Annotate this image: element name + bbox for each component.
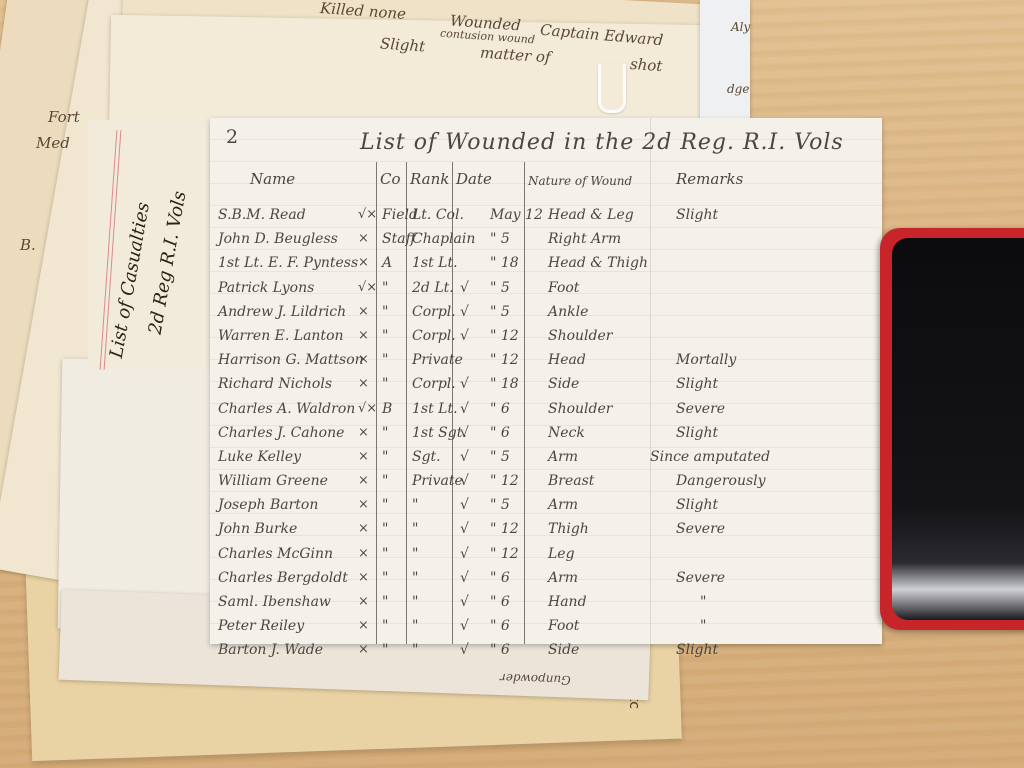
table-row: Charles Bergdoldt×""√" 6ArmSevere (210, 567, 882, 591)
table-row: Joseph Barton×""√" 5ArmSlight (210, 494, 882, 518)
bg-text: Slight (379, 34, 425, 55)
wounded-list-sheet: 2 List of Wounded in the 2d Reg. R.I. Vo… (210, 118, 882, 644)
table-row: William Greene×"Private√" 12BreastDanger… (210, 470, 882, 494)
page-number: 2 (226, 126, 238, 148)
cover-title: List of Casualties 2d Reg R.I. Vols (100, 128, 207, 366)
bg-text: Fort (48, 108, 80, 126)
bg-text: dge (727, 82, 749, 96)
bg-text: Aly (731, 20, 750, 34)
table-row: Richard Nichols×"Corpl.√" 18SideSlight (210, 373, 882, 397)
header-remarks: Remarks (676, 170, 743, 188)
bg-text: Gunpowder (500, 671, 571, 687)
table-row: Harrison G. Mattson×"Private" 12HeadMort… (210, 349, 882, 373)
table-row: 1st Lt. E. F. Pyntess×A1st Lt." 18Head &… (210, 252, 882, 276)
bg-text: shot (629, 55, 663, 75)
table-row: Charles McGinn×""√" 12Leg (210, 543, 882, 567)
phone-screen (892, 238, 1024, 620)
sheet-title: List of Wounded in the 2d Reg. R.I. Vols (360, 130, 844, 155)
table-row: Andrew J. Lildrich×"Corpl.√" 5Ankle (210, 301, 882, 325)
background-paper-blue (700, 0, 750, 120)
table-row: S.B.M. Read√×FieldLt. Col.May 12Head & L… (210, 204, 882, 228)
smartphone (880, 228, 1024, 630)
table-row: Saml. Ibenshaw×""√" 6Hand" (210, 591, 882, 615)
table-row: Charles J. Cahone×"1st Sgt.√" 6NeckSligh… (210, 422, 882, 446)
bg-text: Med (36, 134, 70, 152)
table-row: Charles A. Waldron√×B1st Lt.√" 6Shoulder… (210, 398, 882, 422)
table-row: Barton J. Wade×""√" 6SideSlight (210, 639, 882, 663)
wounded-table: S.B.M. Read√×FieldLt. Col.May 12Head & L… (210, 204, 882, 664)
header-date: Date (456, 170, 492, 188)
header-wound: Nature of Wound (528, 174, 632, 188)
table-row: Peter Reiley×""√" 6Foot" (210, 615, 882, 639)
table-row: Warren E. Lanton×"Corpl.√" 12Shoulder (210, 325, 882, 349)
table-row: John D. Beugless×StaffChaplain" 5Right A… (210, 228, 882, 252)
table-row: Patrick Lyons√×"2d Lt.√" 5Foot (210, 277, 882, 301)
paper-clip-icon (598, 64, 626, 113)
table-row: John Burke×""√" 12ThighSevere (210, 518, 882, 542)
folded-cover-sheet: List of Casualties 2d Reg R.I. Vols (88, 120, 221, 370)
table-row: Luke Kelley×"Sgt.√" 5ArmSince amputated (210, 446, 882, 470)
header-rank: Rank (410, 170, 449, 188)
header-company: Co (380, 170, 401, 188)
bg-text: B. (20, 236, 36, 254)
header-name: Name (250, 170, 295, 188)
